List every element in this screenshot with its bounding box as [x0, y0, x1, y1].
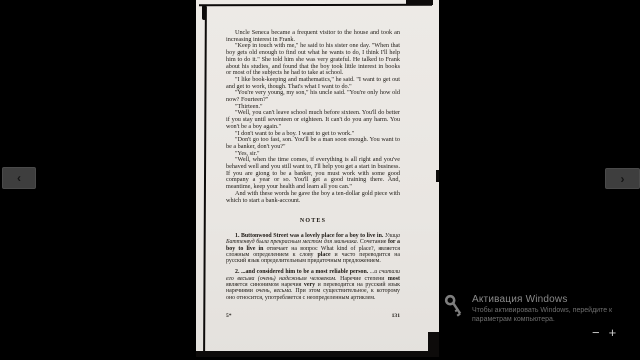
watermark-subtitle-line2: параметрам компьютера.: [472, 316, 612, 325]
zoom-controls: − +: [592, 326, 616, 339]
notes-list: 1. Buttonwood Street was a lovely place …: [226, 233, 400, 301]
scan-spine-blob: [202, 5, 206, 20]
scanned-book-page: Uncle Seneca became a frequent visitor t…: [196, 0, 439, 357]
watermark-title: Активация Windows: [472, 294, 568, 305]
scan-corner-blob: [428, 332, 439, 352]
story-paragraph: "I like book-keeping and mathematics," h…: [226, 77, 400, 90]
page-number: 131: [392, 313, 400, 320]
notes-heading: NOTES: [226, 218, 400, 225]
previous-page-button[interactable]: ‹: [2, 167, 36, 189]
story-paragraph: "You're very young, my son," his uncle s…: [226, 90, 400, 103]
story: Uncle Seneca became a frequent visitor t…: [226, 30, 400, 204]
zoom-in-button[interactable]: +: [609, 326, 617, 339]
scan-bottom-edge: [196, 351, 439, 357]
next-page-button[interactable]: ›: [605, 168, 640, 189]
story-paragraph: And with these words he gave the boy a t…: [226, 191, 400, 204]
chevron-right-icon: ›: [621, 173, 625, 185]
story-paragraph: "Well, you can't leave school much befor…: [226, 110, 400, 130]
zoom-out-button[interactable]: −: [592, 326, 600, 339]
page-content: Uncle Seneca became a frequent visitor t…: [226, 30, 400, 320]
watermark-subtitle: Чтобы активировать Windows, перейдите к …: [472, 307, 612, 324]
scan-spine-line: [203, 6, 207, 352]
viewer-stage: Uncle Seneca became a frequent visitor t…: [0, 0, 640, 360]
key-icon: [444, 294, 464, 322]
story-paragraph: "Don't go too fast, son. You'll be a man…: [226, 137, 400, 150]
scan-top-right-edge: [406, 0, 433, 5]
scan-right-mark: [436, 170, 439, 182]
story-paragraph: "Keep in touch with me," he said to his …: [226, 43, 400, 77]
note-paragraph: 2. ...and considered him to be a most re…: [226, 269, 400, 300]
note-paragraph: 1. Buttonwood Street was a lovely place …: [226, 233, 400, 264]
watermark-subtitle-line1: Чтобы активировать Windows, перейдите к: [472, 307, 612, 316]
story-paragraph: Uncle Seneca became a frequent visitor t…: [226, 30, 400, 43]
scan-top-edge: [199, 4, 432, 7]
chevron-left-icon: ‹: [17, 172, 21, 184]
story-paragraph: "Well, when the time comes, if everythin…: [226, 157, 400, 191]
page-footer: 5* 131: [226, 313, 400, 320]
footer-signature: 5*: [226, 313, 232, 320]
